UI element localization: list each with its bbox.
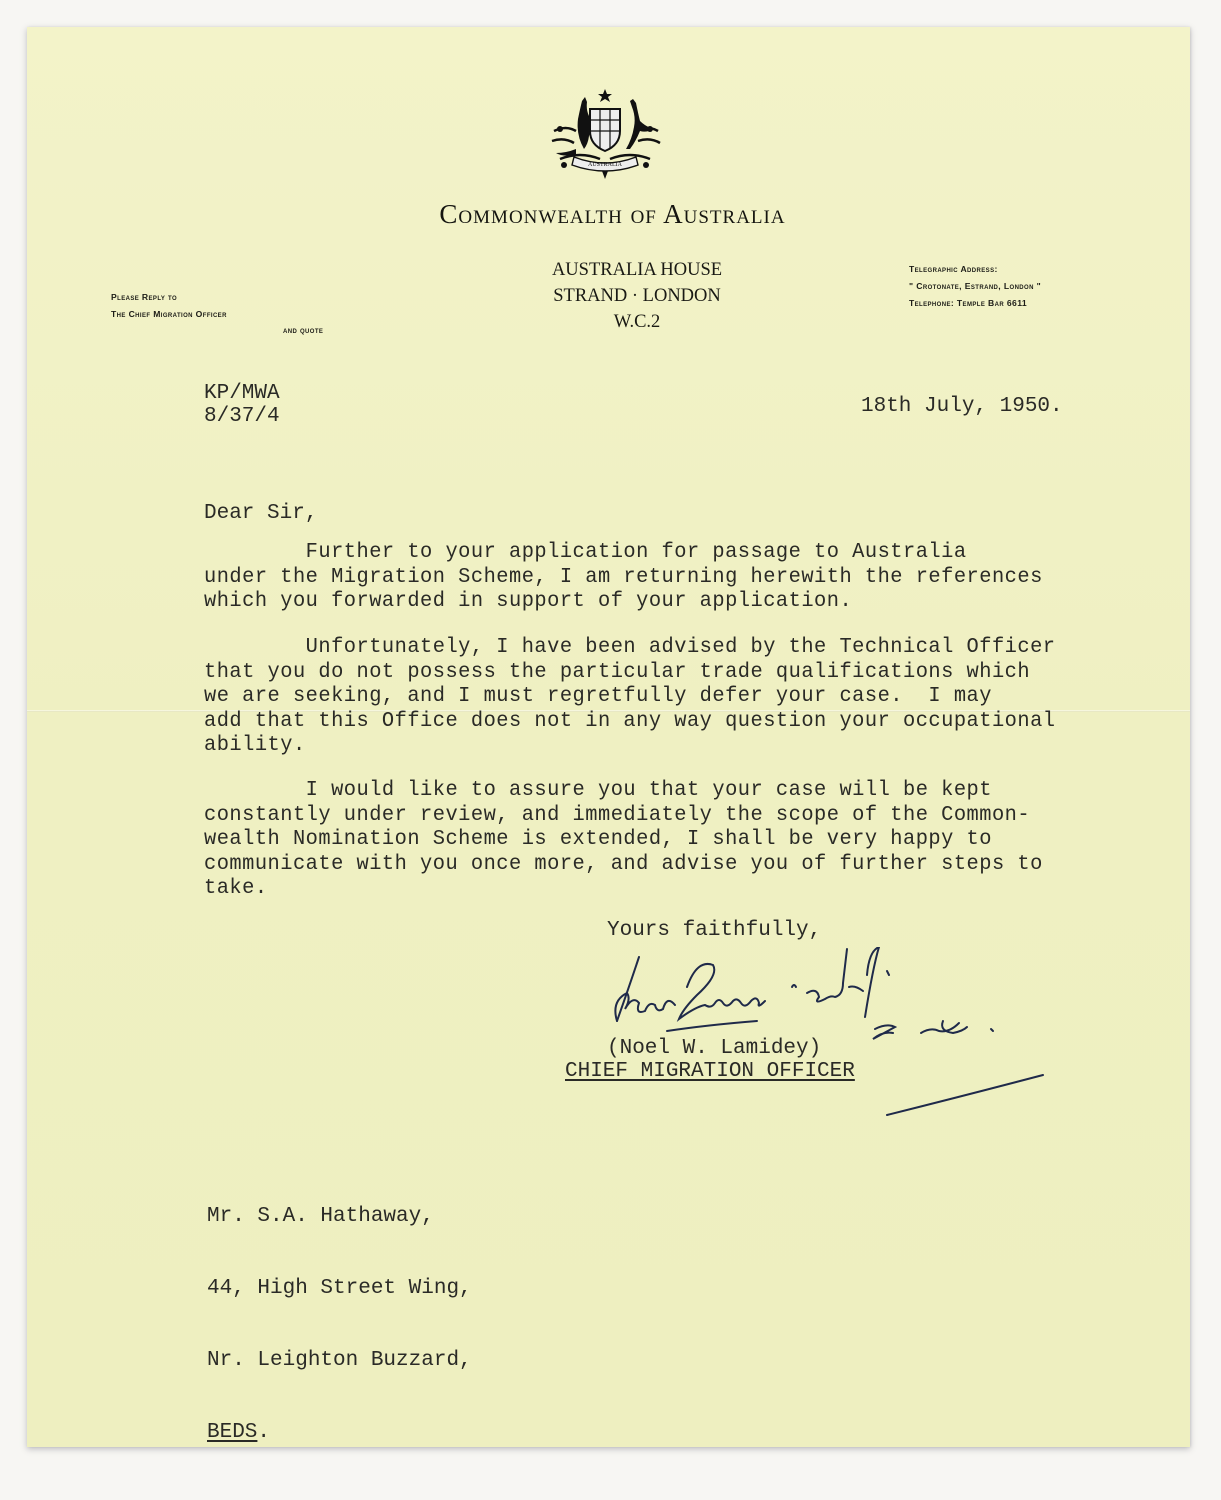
- telegraph-line: Telephone: Temple Bar 6611: [909, 295, 1041, 312]
- salutation: Dear Sir,: [204, 502, 317, 525]
- letterhead-address: AUSTRALIA HOUSE STRAND · LONDON W.C.2: [427, 257, 847, 335]
- telegraph-contact: Telegraphic Address: " Crotonate, Estran…: [909, 261, 1041, 312]
- coat-of-arms-icon: AUSTRALIA: [540, 85, 670, 185]
- recipient-line: Nr. Leighton Buzzard,: [207, 1349, 472, 1373]
- recipient-county-suffix: .: [257, 1421, 270, 1444]
- recipient-county-line: BEDS.: [207, 1421, 472, 1445]
- closing: Yours faithfully,: [607, 919, 821, 942]
- reply-line: Please Reply to: [111, 289, 323, 306]
- reference-code: KP/MWA 8/37/4: [204, 382, 280, 428]
- handwritten-signature-icon: [587, 947, 1047, 1117]
- recipient-line: Mr. S.A. Hathaway,: [207, 1205, 472, 1229]
- letterhead-title: Commonwealth of Australia: [27, 199, 1194, 230]
- body-paragraph: I would like to assure you that your cas…: [204, 779, 1043, 902]
- address-line: STRAND · LONDON: [427, 283, 847, 309]
- svg-text:AUSTRALIA: AUSTRALIA: [588, 162, 623, 168]
- body-paragraph: Unfortunately, I have been advised by th…: [204, 636, 1056, 759]
- recipient-line: 44, High Street Wing,: [207, 1277, 472, 1301]
- letter-date: 18th July, 1950.: [861, 395, 1063, 418]
- signatory-title: CHIEF MIGRATION OFFICER: [565, 1060, 855, 1084]
- telegraph-line: " Crotonate, Estrand, London ": [909, 278, 1041, 295]
- address-line: AUSTRALIA HOUSE: [427, 257, 847, 283]
- letter-page: AUSTRALIA Commonwealth of Australia AUST…: [27, 27, 1190, 1447]
- reference-line: 8/37/4: [204, 405, 280, 428]
- recipient-address: Mr. S.A. Hathaway, 44, High Street Wing,…: [207, 1157, 472, 1493]
- body-paragraph: Further to your application for passage …: [204, 541, 1043, 615]
- recipient-county: BEDS: [207, 1421, 257, 1444]
- signatory-name: (Noel W. Lamidey): [607, 1037, 821, 1061]
- address-line: W.C.2: [427, 309, 847, 335]
- reply-line: The Chief Migration Officer: [111, 306, 323, 323]
- reference-line: KP/MWA: [204, 382, 280, 405]
- reply-instructions: Please Reply to The Chief Migration Offi…: [111, 289, 323, 339]
- telegraph-line: Telegraphic Address:: [909, 261, 1041, 278]
- reply-line: and quote: [111, 322, 323, 339]
